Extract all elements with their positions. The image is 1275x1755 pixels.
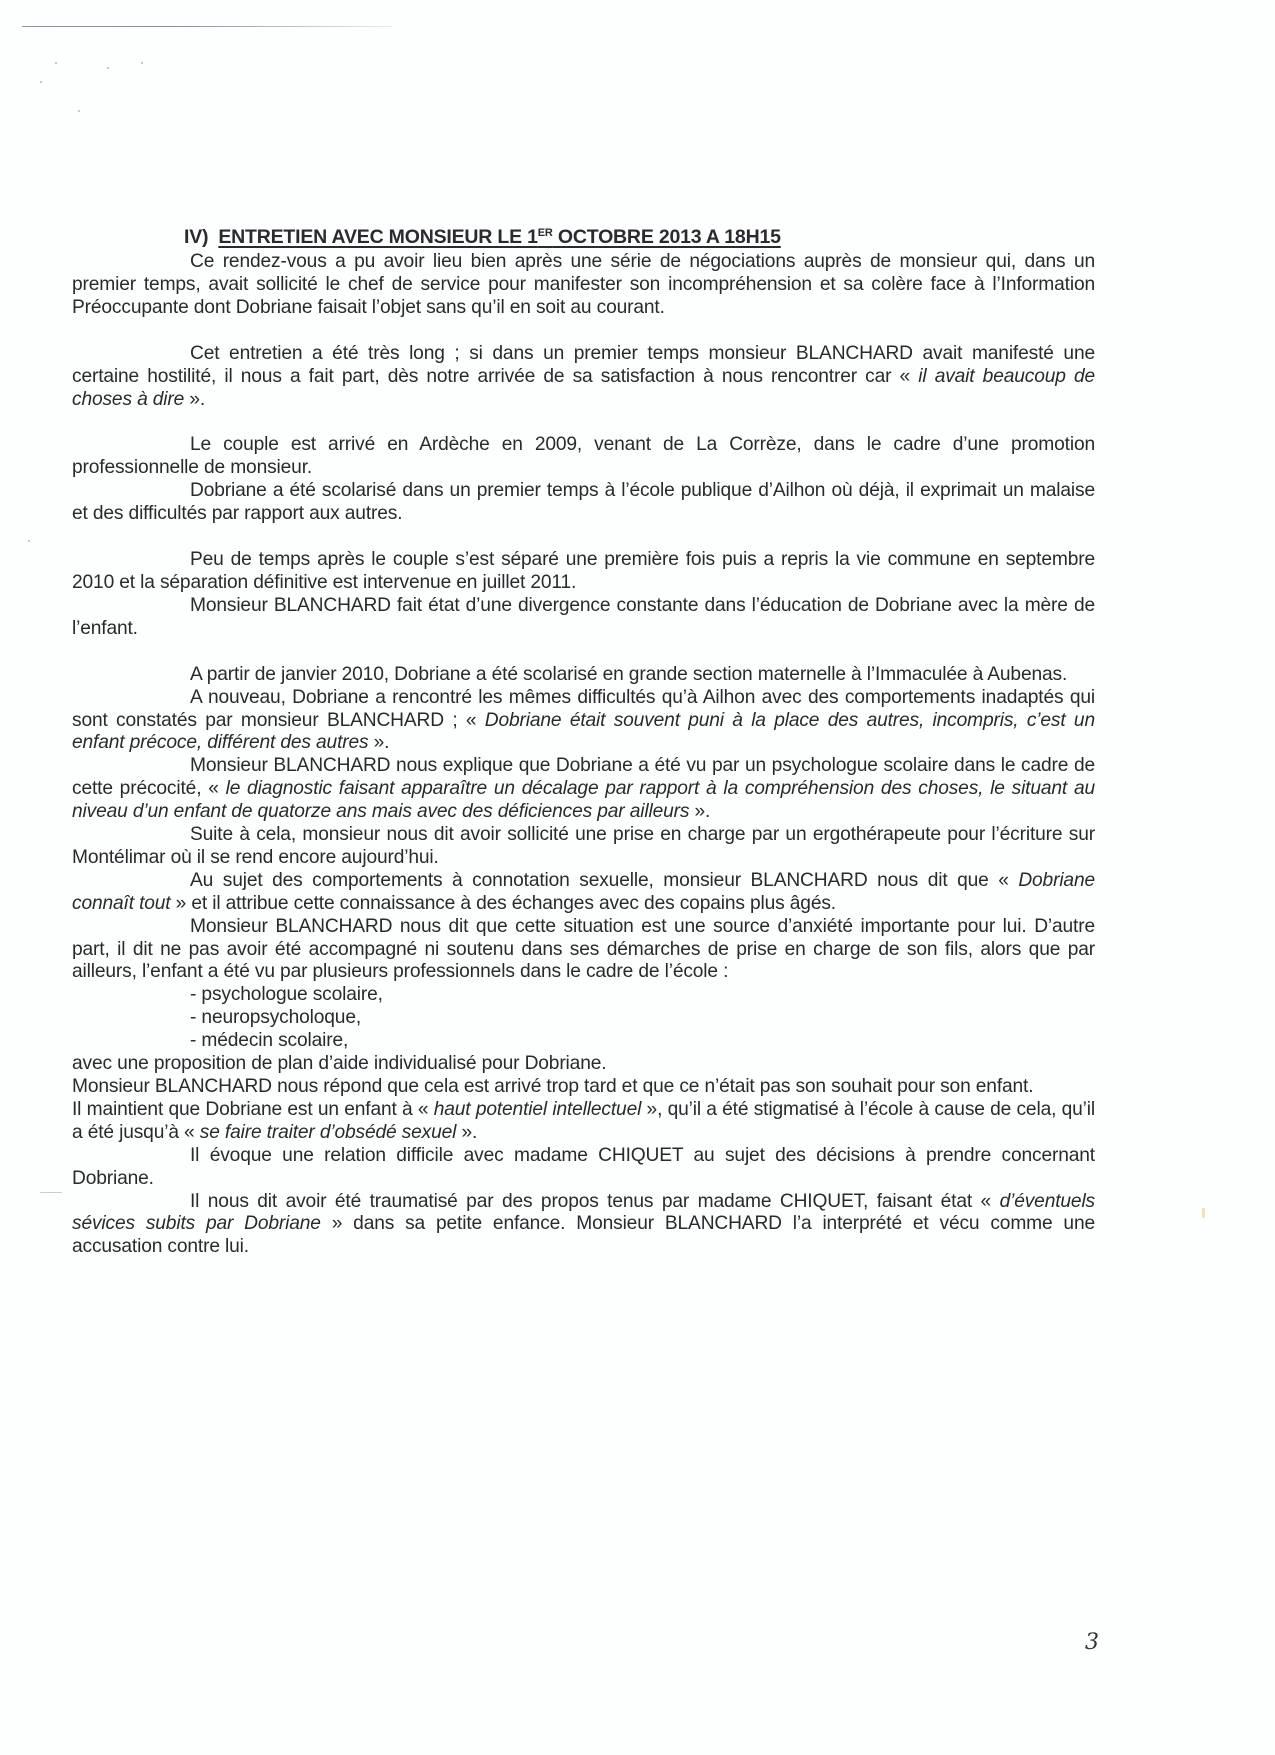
paragraph: Suite à cela, monsieur nous dit avoir so…: [72, 824, 1095, 870]
scan-speck: [55, 62, 57, 64]
quoted-text: haut potentiel intellectuel: [434, 1099, 641, 1120]
paragraph: Monsieur BLANCHARD nous explique que Dob…: [72, 755, 1095, 824]
text-run: Monsieur BLANCHARD nous dit que cette si…: [72, 916, 1095, 983]
page-number: 3: [1085, 1630, 1099, 1655]
paragraph: A partir de janvier 2010, Dobriane a été…: [72, 664, 1095, 687]
text-run: Au sujet des comportements à connotation…: [190, 870, 1018, 891]
text-run: Monsieur BLANCHARD fait état d’une diver…: [72, 595, 1095, 639]
quoted-text: se faire traiter d’obsédé sexuel: [200, 1122, 457, 1143]
text-run: Peu de temps après le couple s’est sépar…: [72, 549, 1095, 593]
paragraph: Au sujet des comportements à connotation…: [72, 870, 1095, 916]
scan-speck: [141, 62, 143, 64]
section-heading: IV)ENTRETIEN AVEC MONSIEUR LE 1ER OCTOBR…: [184, 226, 781, 249]
list-item: - médecin scolaire,: [190, 1030, 1095, 1053]
scan-speck: [40, 1192, 62, 1193]
paragraph: Monsieur BLANCHARD nous répond que cela …: [72, 1076, 1095, 1099]
scan-speck: [28, 540, 30, 542]
text-run: ».: [368, 732, 389, 753]
paragraph: Peu de temps après le couple s’est sépar…: [72, 549, 1095, 595]
scan-artifact-line: [22, 26, 392, 27]
text-run: avec une proposition de plan d’aide indi…: [72, 1053, 606, 1074]
text-run: Dobriane a été scolarisé dans un premier…: [72, 480, 1095, 524]
text-run: ».: [689, 801, 710, 822]
text-run: Il évoque une relation difficile avec ma…: [72, 1145, 1095, 1189]
text-run: Ce rendez-vous a pu avoir lieu bien aprè…: [72, 251, 1095, 318]
paragraph: A nouveau, Dobriane a rencontré les même…: [72, 687, 1095, 756]
paragraph: Le couple est arrivé en Ardèche en 2009,…: [72, 434, 1095, 480]
paragraph: Dobriane a été scolarisé dans un premier…: [72, 480, 1095, 526]
list-item: - psychologue scolaire,: [190, 984, 1095, 1007]
scan-speck: [40, 81, 42, 83]
text-run: Il maintient que Dobriane est un enfant …: [72, 1099, 434, 1120]
section-title: ENTRETIEN AVEC MONSIEUR LE 1ER OCTOBRE 2…: [218, 226, 780, 248]
scan-speck: [78, 110, 80, 112]
scan-speck: [107, 67, 109, 69]
ordinal-superscript: ER: [538, 227, 553, 239]
paragraph: Monsieur BLANCHARD nous dit que cette si…: [72, 916, 1095, 985]
text-run: ».: [184, 389, 205, 410]
quoted-text: le diagnostic faisant apparaître un déca…: [72, 778, 1095, 822]
text-run: ».: [456, 1122, 477, 1143]
text-run: » et il attribue cette connaissance à de…: [170, 893, 835, 914]
text-run: A partir de janvier 2010, Dobriane a été…: [190, 664, 1067, 685]
professionals-list: - psychologue scolaire, - neuropsycholoq…: [72, 984, 1095, 1053]
section-number: IV): [184, 226, 208, 248]
paragraph: Il nous dit avoir été traumatisé par des…: [72, 1191, 1095, 1260]
document-body: Ce rendez-vous a pu avoir lieu bien aprè…: [72, 251, 1095, 1259]
text-run: Suite à cela, monsieur nous dit avoir so…: [72, 824, 1095, 868]
text-run: Monsieur BLANCHARD nous répond que cela …: [72, 1076, 1033, 1097]
paragraph: Il évoque une relation difficile avec ma…: [72, 1145, 1095, 1191]
scan-speck: [1202, 1208, 1205, 1218]
paragraph: Monsieur BLANCHARD fait état d’une diver…: [72, 595, 1095, 641]
paragraph: Il maintient que Dobriane est un enfant …: [72, 1099, 1095, 1145]
paragraph: avec une proposition de plan d’aide indi…: [72, 1053, 1095, 1076]
text-run: Il nous dit avoir été traumatisé par des…: [190, 1191, 1000, 1212]
list-item: - neuropsycholoque,: [190, 1007, 1095, 1030]
paragraph: Cet entretien a été très long ; si dans …: [72, 343, 1095, 412]
paragraph: Ce rendez-vous a pu avoir lieu bien aprè…: [72, 251, 1095, 320]
text-run: Le couple est arrivé en Ardèche en 2009,…: [72, 434, 1095, 478]
